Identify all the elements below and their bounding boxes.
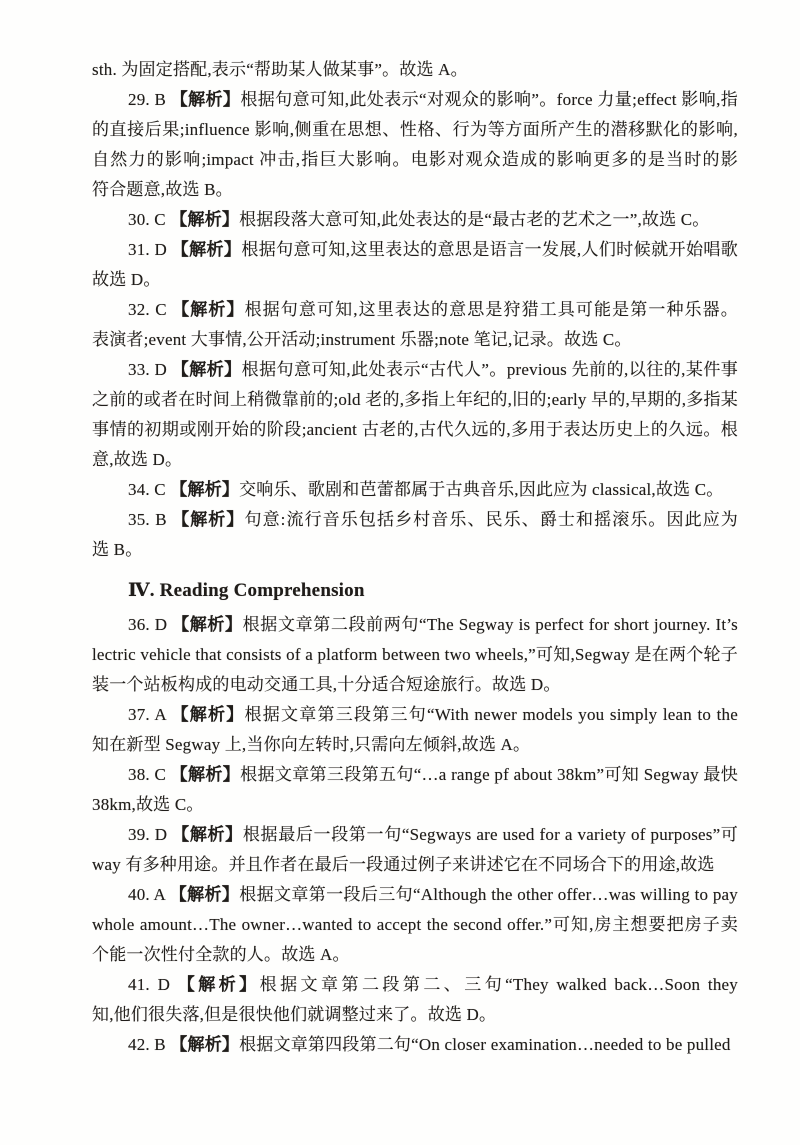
analysis-label: 【解析】: [171, 90, 241, 109]
answer-paragraph-36: 36. D 【解析】根据文章第二段前两句“The Segway is perfe…: [92, 610, 738, 700]
answer-paragraph-42: 42. B 【解析】根据文章第四段第二句“On closer examinati…: [92, 1030, 738, 1060]
answer-paragraph-35: 35. B 【解析】句意:流行音乐包括乡村音乐、民乐、爵士和摇滚乐。因此应为 i…: [92, 505, 738, 565]
text-line: 表演者;event 大事情,公开活动;instrument 乐器;note 笔记…: [92, 325, 738, 355]
scanned-page: sth. 为固定搭配,表示“帮助某人做某事”。故选 A。29. B 【解析】根据…: [0, 0, 800, 1145]
analysis-label: 【解析】: [170, 480, 239, 499]
text-line: 29. B 【解析】根据句意可知,此处表示“对观众的影响”。force 力量;e…: [92, 85, 738, 115]
text-line: 符合题意,故选 B。: [92, 175, 738, 205]
analysis-label: 【解析】: [171, 765, 240, 784]
text-line: 34. C 【解析】交响乐、歌剧和芭蕾都属于古典音乐,因此应为 classica…: [92, 475, 738, 505]
document-text: sth. 为固定搭配,表示“帮助某人做某事”。故选 A。29. B 【解析】根据…: [92, 55, 738, 1060]
analysis-label: 【解析】: [171, 705, 244, 724]
text-line: 知在新型 Segway 上,当你向左转时,只需向左倾斜,故选 A。: [92, 730, 738, 760]
text-line: 自然力的影响;impact 冲击,指巨大影响。电影对观众造成的影响更多的是当时的…: [92, 145, 738, 175]
text-line: 40. A 【解析】根据文章第一段后三句“Although the other …: [92, 880, 738, 910]
text-line: way 有多种用途。并且作者在最后一段通过例子来讲述它在不同场合下的用途,故选 …: [92, 850, 738, 880]
answer-paragraph-29: 29. B 【解析】根据句意可知,此处表示“对观众的影响”。force 力量;e…: [92, 85, 738, 205]
text-line: 31. D 【解析】根据句意可知,这里表达的意思是语言一发展,人们时候就开始唱歌…: [92, 235, 738, 265]
text-line: 36. D 【解析】根据文章第二段前两句“The Segway is perfe…: [92, 610, 738, 640]
text-line: 33. D 【解析】根据句意可知,此处表示“古代人”。previous 先前的,…: [92, 355, 738, 385]
text-line: 之前的或者在时间上稍微靠前的;old 老的,多指上年纪的,旧的;early 早的…: [92, 385, 738, 415]
text-line: 38. C 【解析】根据文章第三段第五句“…a range pf about 3…: [92, 760, 738, 790]
answer-paragraph-32: 32. C 【解析】根据句意可知,这里表达的意思是狩猎工具可能是第一种乐器。pe…: [92, 295, 738, 355]
answer-paragraph-34: 34. C 【解析】交响乐、歌剧和芭蕾都属于古典音乐,因此应为 classica…: [92, 475, 738, 505]
text-line: 选 B。: [92, 535, 738, 565]
text-line: 39. D 【解析】根据最后一段第一句“Segways are used for…: [92, 820, 738, 850]
text-line: 42. B 【解析】根据文章第四段第二句“On closer examinati…: [92, 1030, 738, 1060]
answer-paragraph-30: 30. C 【解析】根据段落大意可知,此处表达的是“最古老的艺术之一”,故选 C…: [92, 205, 738, 235]
text-line: 故选 D。: [92, 265, 738, 295]
text-line: 41. D 【解析】根据文章第二段第二、三句“They walked back……: [92, 970, 738, 1000]
text-line: whole amount…The owner…wanted to accept …: [92, 910, 738, 940]
analysis-label: 【解析】: [172, 300, 244, 319]
text-line: 意,故选 D。: [92, 445, 738, 475]
analysis-label: 【解析】: [170, 885, 240, 904]
answer-paragraph-38: 38. C 【解析】根据文章第三段第五句“…a range pf about 3…: [92, 760, 738, 820]
answer-paragraph-40: 40. A 【解析】根据文章第一段后三句“Although the other …: [92, 880, 738, 970]
text-line: 37. A 【解析】根据文章第三段第三句“With newer models y…: [92, 700, 738, 730]
analysis-label: 【解析】: [172, 510, 244, 529]
answer-paragraph-31: 31. D 【解析】根据句意可知,这里表达的意思是语言一发展,人们时候就开始唱歌…: [92, 235, 738, 295]
text-line: sth. 为固定搭配,表示“帮助某人做某事”。故选 A。: [92, 55, 738, 85]
analysis-label: 【解析】: [172, 240, 242, 259]
continuation-paragraph: sth. 为固定搭配,表示“帮助某人做某事”。故选 A。: [92, 55, 738, 85]
text-line: 的直接后果;influence 影响,侧重在思想、性格、行为等方面所产生的潜移默…: [92, 115, 738, 145]
text-line: 32. C 【解析】根据句意可知,这里表达的意思是狩猎工具可能是第一种乐器。pe…: [92, 295, 738, 325]
text-line: 35. B 【解析】句意:流行音乐包括乡村音乐、民乐、爵士和摇滚乐。因此应为 i…: [92, 505, 738, 535]
section-heading: Ⅳ. Reading Comprehension: [128, 576, 738, 606]
analysis-label: 【解析】: [170, 1035, 239, 1054]
text-line: 38km,故选 C。: [92, 790, 738, 820]
answer-paragraph-33: 33. D 【解析】根据句意可知,此处表示“古代人”。previous 先前的,…: [92, 355, 738, 475]
text-line: 事情的初期或刚开始的阶段;ancient 古老的,古代久远的,多用于表达历史上的…: [92, 415, 738, 445]
answer-paragraph-41: 41. D 【解析】根据文章第二段第二、三句“They walked back……: [92, 970, 738, 1030]
analysis-label: 【解析】: [172, 615, 243, 634]
text-line: 30. C 【解析】根据段落大意可知,此处表达的是“最古老的艺术之一”,故选 C…: [92, 205, 738, 235]
analysis-label: 【解析】: [172, 360, 242, 379]
answer-paragraph-39: 39. D 【解析】根据最后一段第一句“Segways are used for…: [92, 820, 738, 880]
analysis-label: 【解析】: [170, 210, 239, 229]
answer-paragraph-37: 37. A 【解析】根据文章第三段第三句“With newer models y…: [92, 700, 738, 760]
text-line: 知,他们很失落,但是很快他们就调整过来了。故选 D。: [92, 1000, 738, 1030]
text-line: 个能一次性付全款的人。故选 A。: [92, 940, 738, 970]
text-line: lectric vehicle that consists of a platf…: [92, 640, 738, 670]
text-line: 装一个站板构成的电动交通工具,十分适合短途旅行。故选 D。: [92, 670, 738, 700]
analysis-label: 【解析】: [178, 975, 260, 994]
analysis-label: 【解析】: [172, 825, 243, 844]
